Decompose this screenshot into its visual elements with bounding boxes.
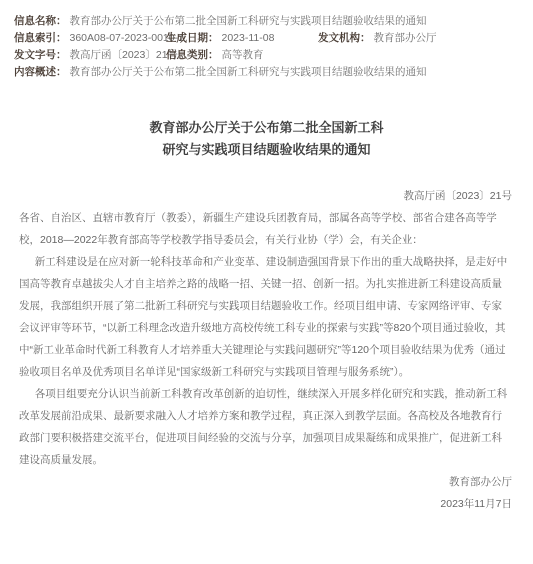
meta-org-label: 发文机构： <box>318 30 371 47</box>
issuing-authority-signature: 教育部办公厅 <box>19 471 512 493</box>
paragraph-1: 新工科建设是在应对新一轮科技革命和产业变革、建设制造强国背景下作出的重大战略抉择… <box>19 251 512 383</box>
meta-org-value: 教育部办公厅 <box>374 30 437 47</box>
meta-docnum-value: 教高厅函〔2023〕21号 <box>70 47 179 64</box>
meta-summary-label: 内容概述： <box>14 64 67 81</box>
meta-gen-date-label: 生成日期： <box>166 30 219 47</box>
meta-index-group: 信息索引： 360A08-07-2023-0010-1 <box>14 30 166 47</box>
meta-table: 信息名称： 教育部办公厅关于公布第二批全国新工科研究与实践项目结题验收结果的通知… <box>0 0 533 81</box>
document-page: 信息名称： 教育部办公厅关于公布第二批全国新工科研究与实践项目结题验收结果的通知… <box>0 0 533 564</box>
document-title: 教育部办公厅关于公布第二批全国新工科 研究与实践项目结题验收结果的通知 <box>60 117 473 161</box>
meta-name-label: 信息名称： <box>14 13 67 30</box>
meta-category-label: 信息类别： <box>166 47 219 64</box>
meta-category-value: 高等教育 <box>222 47 264 64</box>
meta-row-summary: 内容概述： 教育部办公厅关于公布第二批全国新工科研究与实践项目结题验收结果的通知 <box>14 64 519 81</box>
meta-index-label: 信息索引： <box>14 30 67 47</box>
meta-name-value: 教育部办公厅关于公布第二批全国新工科研究与实践项目结题验收结果的通知 <box>70 13 427 30</box>
salutation: 各省、自治区、直辖市教育厅（教委），新疆生产建设兵团教育局，部属各高等学校、部省… <box>19 207 512 251</box>
meta-summary-value: 教育部办公厅关于公布第二批全国新工科研究与实践项目结题验收结果的通知 <box>70 64 427 81</box>
meta-category-group: 信息类别： 高等教育 <box>166 47 264 64</box>
meta-gen-date-group: 生成日期： 2023-11-08 <box>166 30 318 47</box>
meta-row-name: 信息名称： 教育部办公厅关于公布第二批全国新工科研究与实践项目结题验收结果的通知 <box>14 13 519 30</box>
document-number: 教高厅函〔2023〕21号 <box>0 185 512 207</box>
paragraph-2: 各项目组要充分认识当前新工科教育改革创新的迫切性，继续深入开展多样化研究和实践，… <box>19 383 512 471</box>
meta-gen-date-value: 2023-11-08 <box>222 30 275 47</box>
meta-row-index: 信息索引： 360A08-07-2023-0010-1 生成日期： 2023-1… <box>14 30 519 47</box>
meta-org-group: 发文机构： 教育部办公厅 <box>318 30 437 47</box>
document-date: 2023年11月7日 <box>19 493 512 515</box>
meta-docnum-group: 发文字号： 教高厅函〔2023〕21号 <box>14 47 166 64</box>
document-title-line1: 教育部办公厅关于公布第二批全国新工科 <box>149 120 383 135</box>
document-title-line2: 研究与实践项目结题验收结果的通知 <box>162 142 370 157</box>
document-body: 各省、自治区、直辖市教育厅（教委），新疆生产建设兵团教育局，部属各高等学校、部省… <box>19 207 512 515</box>
meta-docnum-label: 发文字号： <box>14 47 67 64</box>
meta-row-docnum: 发文字号： 教高厅函〔2023〕21号 信息类别： 高等教育 <box>14 47 519 64</box>
